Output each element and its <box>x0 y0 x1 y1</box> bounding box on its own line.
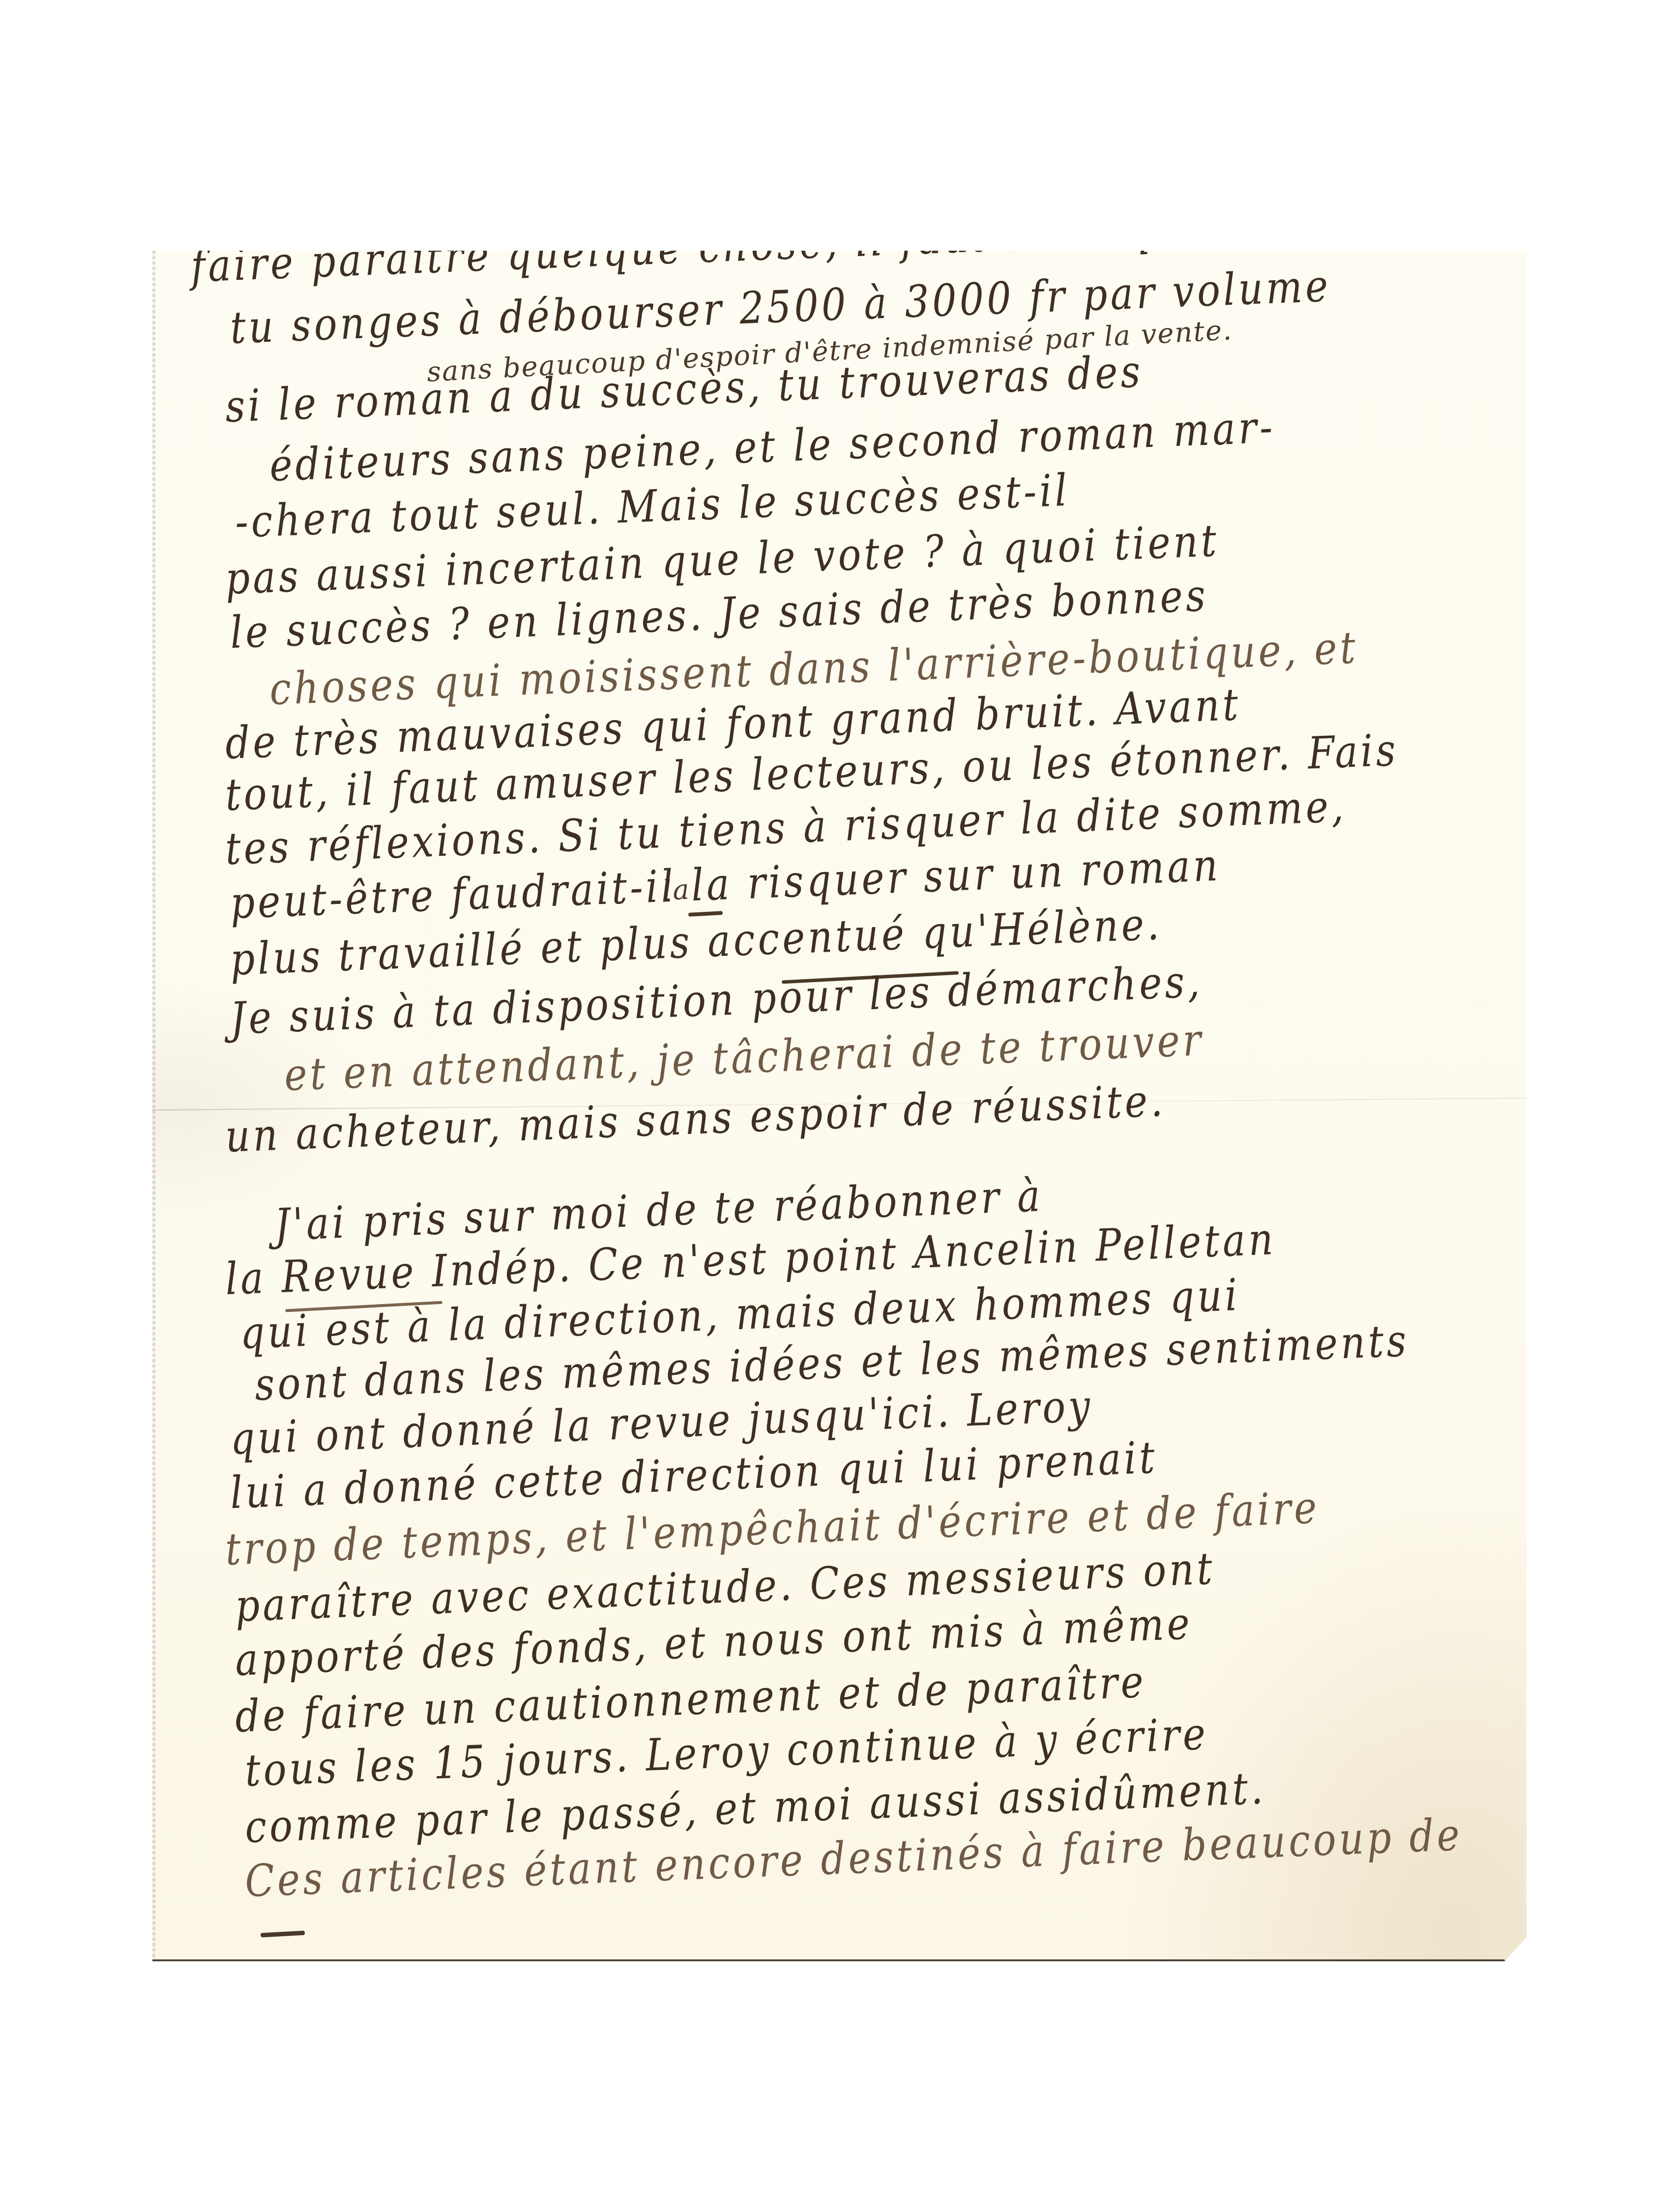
letter-page: faire paraître quelque chose, il faut do… <box>152 251 1527 1961</box>
paper-left-edge <box>152 251 155 1961</box>
paper-bottom-edge <box>152 1959 1504 1961</box>
closing-dash-mark <box>261 1931 305 1938</box>
